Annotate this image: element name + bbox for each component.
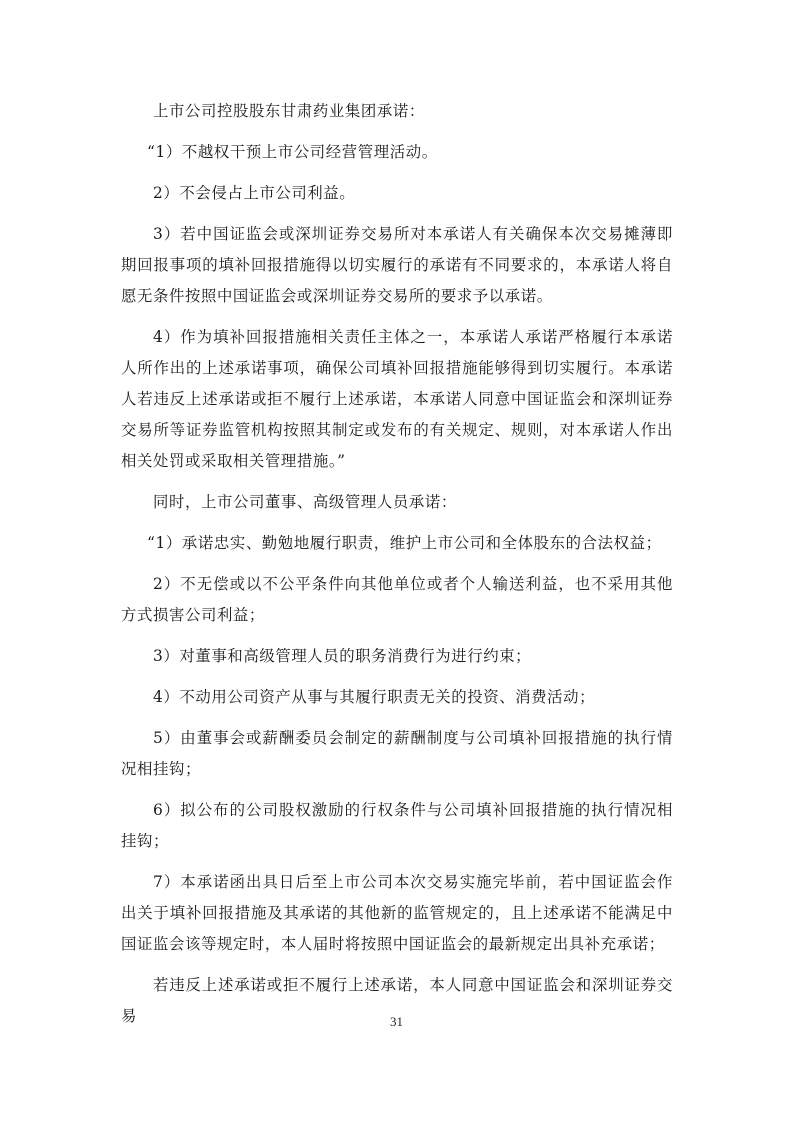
paragraph-directors-item-2: 2）不无偿或以不公平条件向其他单位或者个人输送利益，也不采用其他方式损害公司利益…	[121, 569, 673, 631]
paragraph-directors-item-4: 4）不动用公司资产从事与其履行职责无关的投资、消费活动；	[121, 682, 673, 713]
paragraph-directors-intro: 同时，上市公司董事、高级管理人员承诺：	[121, 487, 673, 518]
paragraph-directors-item-1: “1）承诺忠实、勤勉地履行职责，维护上市公司和全体股东的合法权益；	[121, 528, 673, 559]
paragraph-shareholder-item-3: 3）若中国证监会或深圳证券交易所对本承诺人有关确保本次交易摊薄即期回报事项的填补…	[121, 219, 673, 312]
paragraph-shareholder-item-1: “1）不越权干预上市公司经营管理活动。	[121, 137, 673, 168]
paragraph-directors-item-6: 6）拟公布的公司股权激励的行权条件与公司填补回报措施的执行情况相挂钩；	[121, 795, 673, 857]
paragraph-shareholder-item-2: 2）不会侵占上市公司利益。	[121, 178, 673, 209]
paragraph-directors-item-5: 5）由董事会或薪酬委员会制定的薪酬制度与公司填补回报措施的执行情况相挂钩；	[121, 723, 673, 785]
document-body: 上市公司控股股东甘肃药业集团承诺： “1）不越权干预上市公司经营管理活动。 2）…	[121, 96, 673, 1042]
paragraph-directors-item-7: 7）本承诺函出具日后至上市公司本次交易实施完毕前，若中国证监会作出关于填补回报措…	[121, 867, 673, 960]
paragraph-directors-item-3: 3）对董事和高级管理人员的职务消费行为进行约束；	[121, 641, 673, 672]
paragraph-shareholder-item-4: 4）作为填补回报措施相关责任主体之一，本承诺人承诺严格履行本承诺人所作出的上述承…	[121, 322, 673, 477]
page-number: 31	[0, 1014, 793, 1030]
paragraph-controlling-shareholder-intro: 上市公司控股股东甘肃药业集团承诺：	[121, 96, 673, 127]
